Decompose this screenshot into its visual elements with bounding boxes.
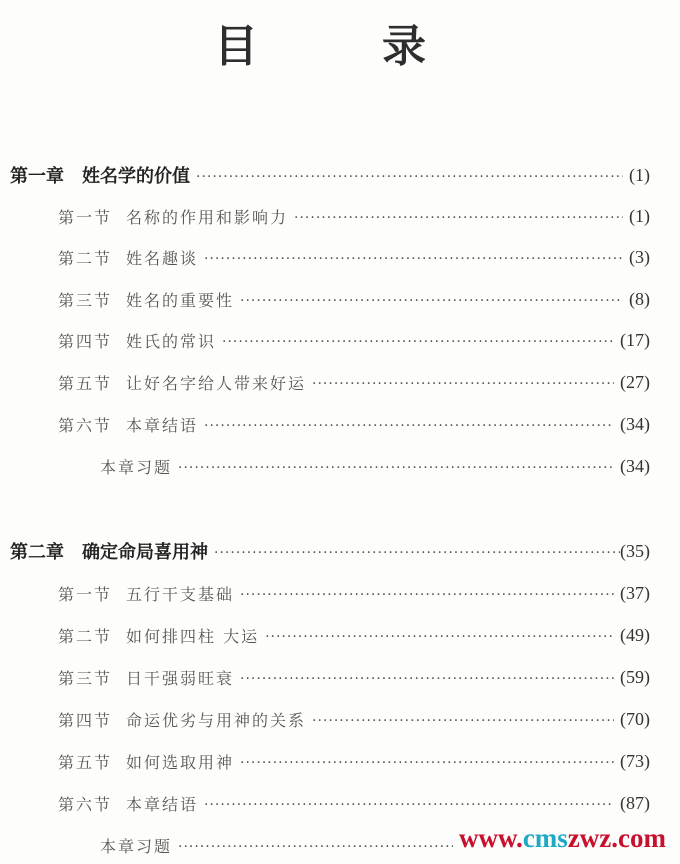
section-title: 命运优劣与用神的关系 bbox=[126, 711, 306, 730]
page-number: (1) bbox=[629, 206, 650, 227]
section-title: 姓名的重要性 bbox=[126, 291, 234, 310]
leader-dots bbox=[294, 210, 623, 226]
section-number: 第六节 bbox=[58, 416, 112, 435]
toc-section[interactable]: 第五节如何选取用神 (73) bbox=[0, 746, 680, 776]
leader-dots bbox=[178, 460, 614, 476]
section-number: 第五节 bbox=[58, 374, 112, 393]
page-number: (87) bbox=[620, 793, 650, 814]
toc-section[interactable]: 第一节五行干支基础 (37) bbox=[0, 578, 680, 608]
leader-dots bbox=[312, 713, 614, 729]
toc-section[interactable]: 第三节姓名的重要性 (8) bbox=[0, 284, 680, 314]
section-title: 名称的作用和影响力 bbox=[126, 208, 288, 227]
page-number: (8) bbox=[629, 289, 650, 310]
page-number: (49) bbox=[620, 625, 650, 646]
page-title: 目 录 bbox=[0, 10, 680, 74]
section-title: 姓名趣谈 bbox=[126, 249, 198, 268]
leader-dots bbox=[204, 251, 623, 267]
page-number: (3) bbox=[629, 247, 650, 268]
page-number: (27) bbox=[620, 372, 650, 393]
section-title: 让好名字给人带来好运 bbox=[126, 374, 306, 393]
page-number: (34) bbox=[620, 456, 650, 477]
toc-chapter-1[interactable]: 第一章姓名学的价值 (1) bbox=[0, 160, 680, 190]
chapter-title: 姓名学的价值 bbox=[82, 166, 190, 187]
section-title: 日干强弱旺衰 bbox=[126, 669, 234, 688]
toc-section[interactable]: 第五节让好名字给人带来好运 (27) bbox=[0, 367, 680, 397]
section-number: 第四节 bbox=[58, 332, 112, 351]
toc-section[interactable]: 第二节姓名趣谈 (3) bbox=[0, 242, 680, 272]
section-number: 第一节 bbox=[58, 585, 112, 604]
section-title: 本章结语 bbox=[126, 416, 198, 435]
leader-dots bbox=[240, 671, 614, 687]
page-number: (73) bbox=[620, 751, 650, 772]
section-number: 第二节 bbox=[58, 249, 112, 268]
toc-section[interactable]: 第二节如何排四柱 大运 (49) bbox=[0, 620, 680, 650]
section-title: 本章结语 bbox=[126, 795, 198, 814]
section-title: 五行干支基础 bbox=[126, 585, 234, 604]
toc-section[interactable]: 第一节名称的作用和影响力 (1) bbox=[0, 201, 680, 231]
leader-dots bbox=[240, 755, 614, 771]
leader-dots bbox=[196, 169, 623, 185]
toc-exercise[interactable]: 本章习题 (34) bbox=[0, 451, 680, 481]
section-title: 如何选取用神 bbox=[126, 753, 234, 772]
leader-dots bbox=[204, 418, 614, 434]
page-number: (17) bbox=[620, 330, 650, 351]
chapter-title: 确定命局喜用神 bbox=[82, 542, 208, 563]
chapter-number: 第二章 bbox=[10, 542, 64, 563]
section-number: 第六节 bbox=[58, 795, 112, 814]
leader-dots bbox=[240, 293, 623, 309]
section-number: 第二节 bbox=[58, 627, 112, 646]
exercise-title: 本章习题 bbox=[100, 455, 172, 478]
leader-dots bbox=[240, 587, 614, 603]
leader-dots bbox=[312, 376, 614, 392]
section-number: 第四节 bbox=[58, 711, 112, 730]
section-title: 姓氏的常识 bbox=[126, 332, 216, 351]
toc-section[interactable]: 第六节本章结语 (34) bbox=[0, 409, 680, 439]
page-number: (1) bbox=[629, 165, 650, 186]
page-number: (35) bbox=[620, 541, 650, 562]
leader-dots bbox=[204, 797, 614, 813]
chapter-number: 第一章 bbox=[10, 166, 64, 187]
watermark-logo: www.cmszwz.com bbox=[453, 823, 666, 854]
toc-section[interactable]: 第四节姓氏的常识 (17) bbox=[0, 325, 680, 355]
leader-dots bbox=[222, 334, 614, 350]
leader-dots bbox=[265, 629, 614, 645]
toc-chapter-2[interactable]: 第二章确定命局喜用神 (35) bbox=[0, 536, 680, 566]
section-title: 如何排四柱 大运 bbox=[126, 627, 259, 646]
section-number: 第三节 bbox=[58, 291, 112, 310]
page-number: (37) bbox=[620, 583, 650, 604]
section-number: 第一节 bbox=[58, 208, 112, 227]
section-number: 第五节 bbox=[58, 753, 112, 772]
page-number: (34) bbox=[620, 414, 650, 435]
toc-section[interactable]: 第四节命运优劣与用神的关系 (70) bbox=[0, 704, 680, 734]
toc-section[interactable]: 第三节日干强弱旺衰 (59) bbox=[0, 662, 680, 692]
section-number: 第三节 bbox=[58, 669, 112, 688]
leader-dots bbox=[214, 545, 620, 561]
page-number: (70) bbox=[620, 709, 650, 730]
page-number: (59) bbox=[620, 667, 650, 688]
toc-section[interactable]: 第六节本章结语 (87) bbox=[0, 788, 680, 818]
exercise-title: 本章习题 bbox=[100, 834, 172, 857]
